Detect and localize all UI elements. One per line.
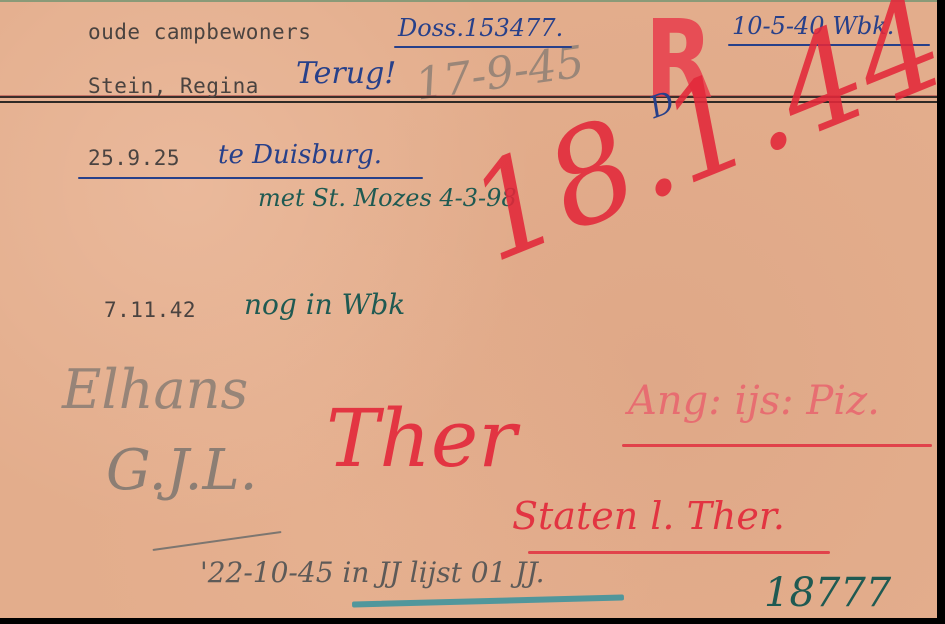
red-staten: Staten l. Ther.	[512, 494, 785, 538]
still-in-camp-note: nog in Wbk	[244, 288, 405, 321]
pencil-initials: G.J.L.	[106, 438, 257, 503]
red-note: Ang: ijs: Piz.	[628, 378, 880, 424]
birthplace: te Duisburg.	[218, 140, 382, 170]
teal-underline	[352, 594, 624, 607]
typed-birthdate: 25.9.25	[88, 146, 180, 170]
index-card: 17-9-45 oude campbewoners Stein, Regina …	[0, 0, 937, 618]
card-number: 18777	[764, 570, 891, 616]
red-note-underline	[622, 444, 932, 447]
card-top-edge	[0, 0, 937, 2]
return-note: Terug!	[296, 56, 396, 91]
pencil-signature: Elhans	[62, 358, 248, 421]
red-destination: Ther	[326, 392, 516, 485]
birth-underline	[78, 177, 423, 179]
pencil-underline	[152, 531, 281, 551]
dossier-number: Doss.153477.	[398, 14, 563, 42]
bottom-pencil-line: '22-10-45 in JJ lijst 01 JJ.	[200, 556, 544, 589]
typed-header: oude campbewoners	[88, 20, 311, 44]
typed-name: Stein, Regina	[88, 74, 259, 98]
typed-note-date: 7.11.42	[104, 298, 196, 322]
red-staten-underline	[528, 551, 830, 554]
dossier-underline	[394, 46, 572, 48]
